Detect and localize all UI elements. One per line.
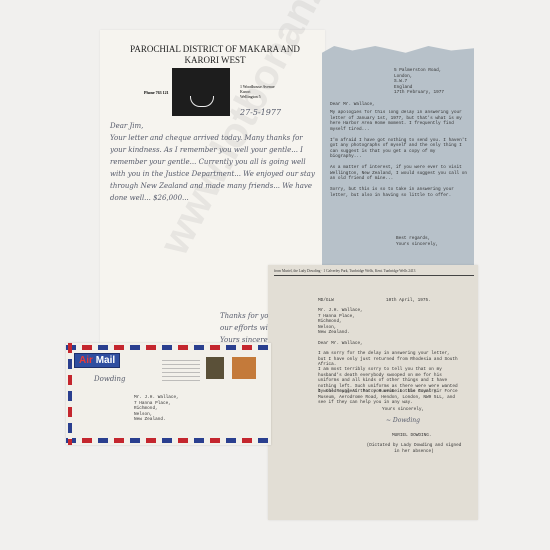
airmail-label: Air Mail: [74, 353, 120, 368]
signature: ~ Dowding: [386, 415, 420, 427]
envelope-border: [66, 438, 271, 443]
greeting: Dear Mr. Wallace,: [330, 102, 375, 108]
paragraph-1: I am sorry for the delay in answering yo…: [318, 351, 458, 368]
typed-body: My apologies for this long delay in answ…: [330, 110, 468, 230]
recipient-address: Mr. J.H. Wallace, 7 Hanna Place, Richmon…: [318, 308, 363, 336]
stamp-icon: [232, 357, 256, 379]
greeting: Dear Mr. Wallace,: [318, 341, 363, 347]
sender-address: 5 Palmerston Road, London, S.W.7 England…: [394, 68, 472, 96]
envelope-border: [68, 343, 72, 445]
paragraph-3: I would suggest that you write to the Ro…: [318, 389, 458, 406]
blue-letter: 5 Palmerston Road, London, S.W.7 England…: [322, 46, 474, 271]
envelope-border: [66, 345, 271, 350]
stamp-icon: [206, 357, 224, 379]
airmail-envelope: Air Mail Dowding Mr. J.H. Wallace, 7 Han…: [66, 343, 271, 445]
dictation-note: (Dictated by Lady Dowding and signed in …: [364, 443, 464, 454]
closing: Yours sincerely,: [382, 407, 424, 413]
phone-number: Phone 763 121: [144, 90, 169, 95]
dowding-letter: from Muriel, the Lady Dowding · 1 Calver…: [268, 265, 478, 520]
handwritten-note: Dowding: [94, 373, 126, 385]
signature-name: MURIEL DOWDING.: [392, 433, 432, 439]
letterhead: from Muriel, the Lady Dowding · 1 Calver…: [274, 269, 474, 276]
recipient-address: Mr. J.H. Wallace, 7 Hanna Place, Richmon…: [134, 395, 179, 423]
postmark-icon: [162, 357, 200, 381]
letter-date: 10th April, 1975.: [386, 298, 431, 304]
closing: Best regards, Yours sincerely,: [396, 236, 438, 247]
greeting: Dear Jim,: [110, 120, 143, 132]
reference: MD/GLW: [318, 298, 334, 304]
